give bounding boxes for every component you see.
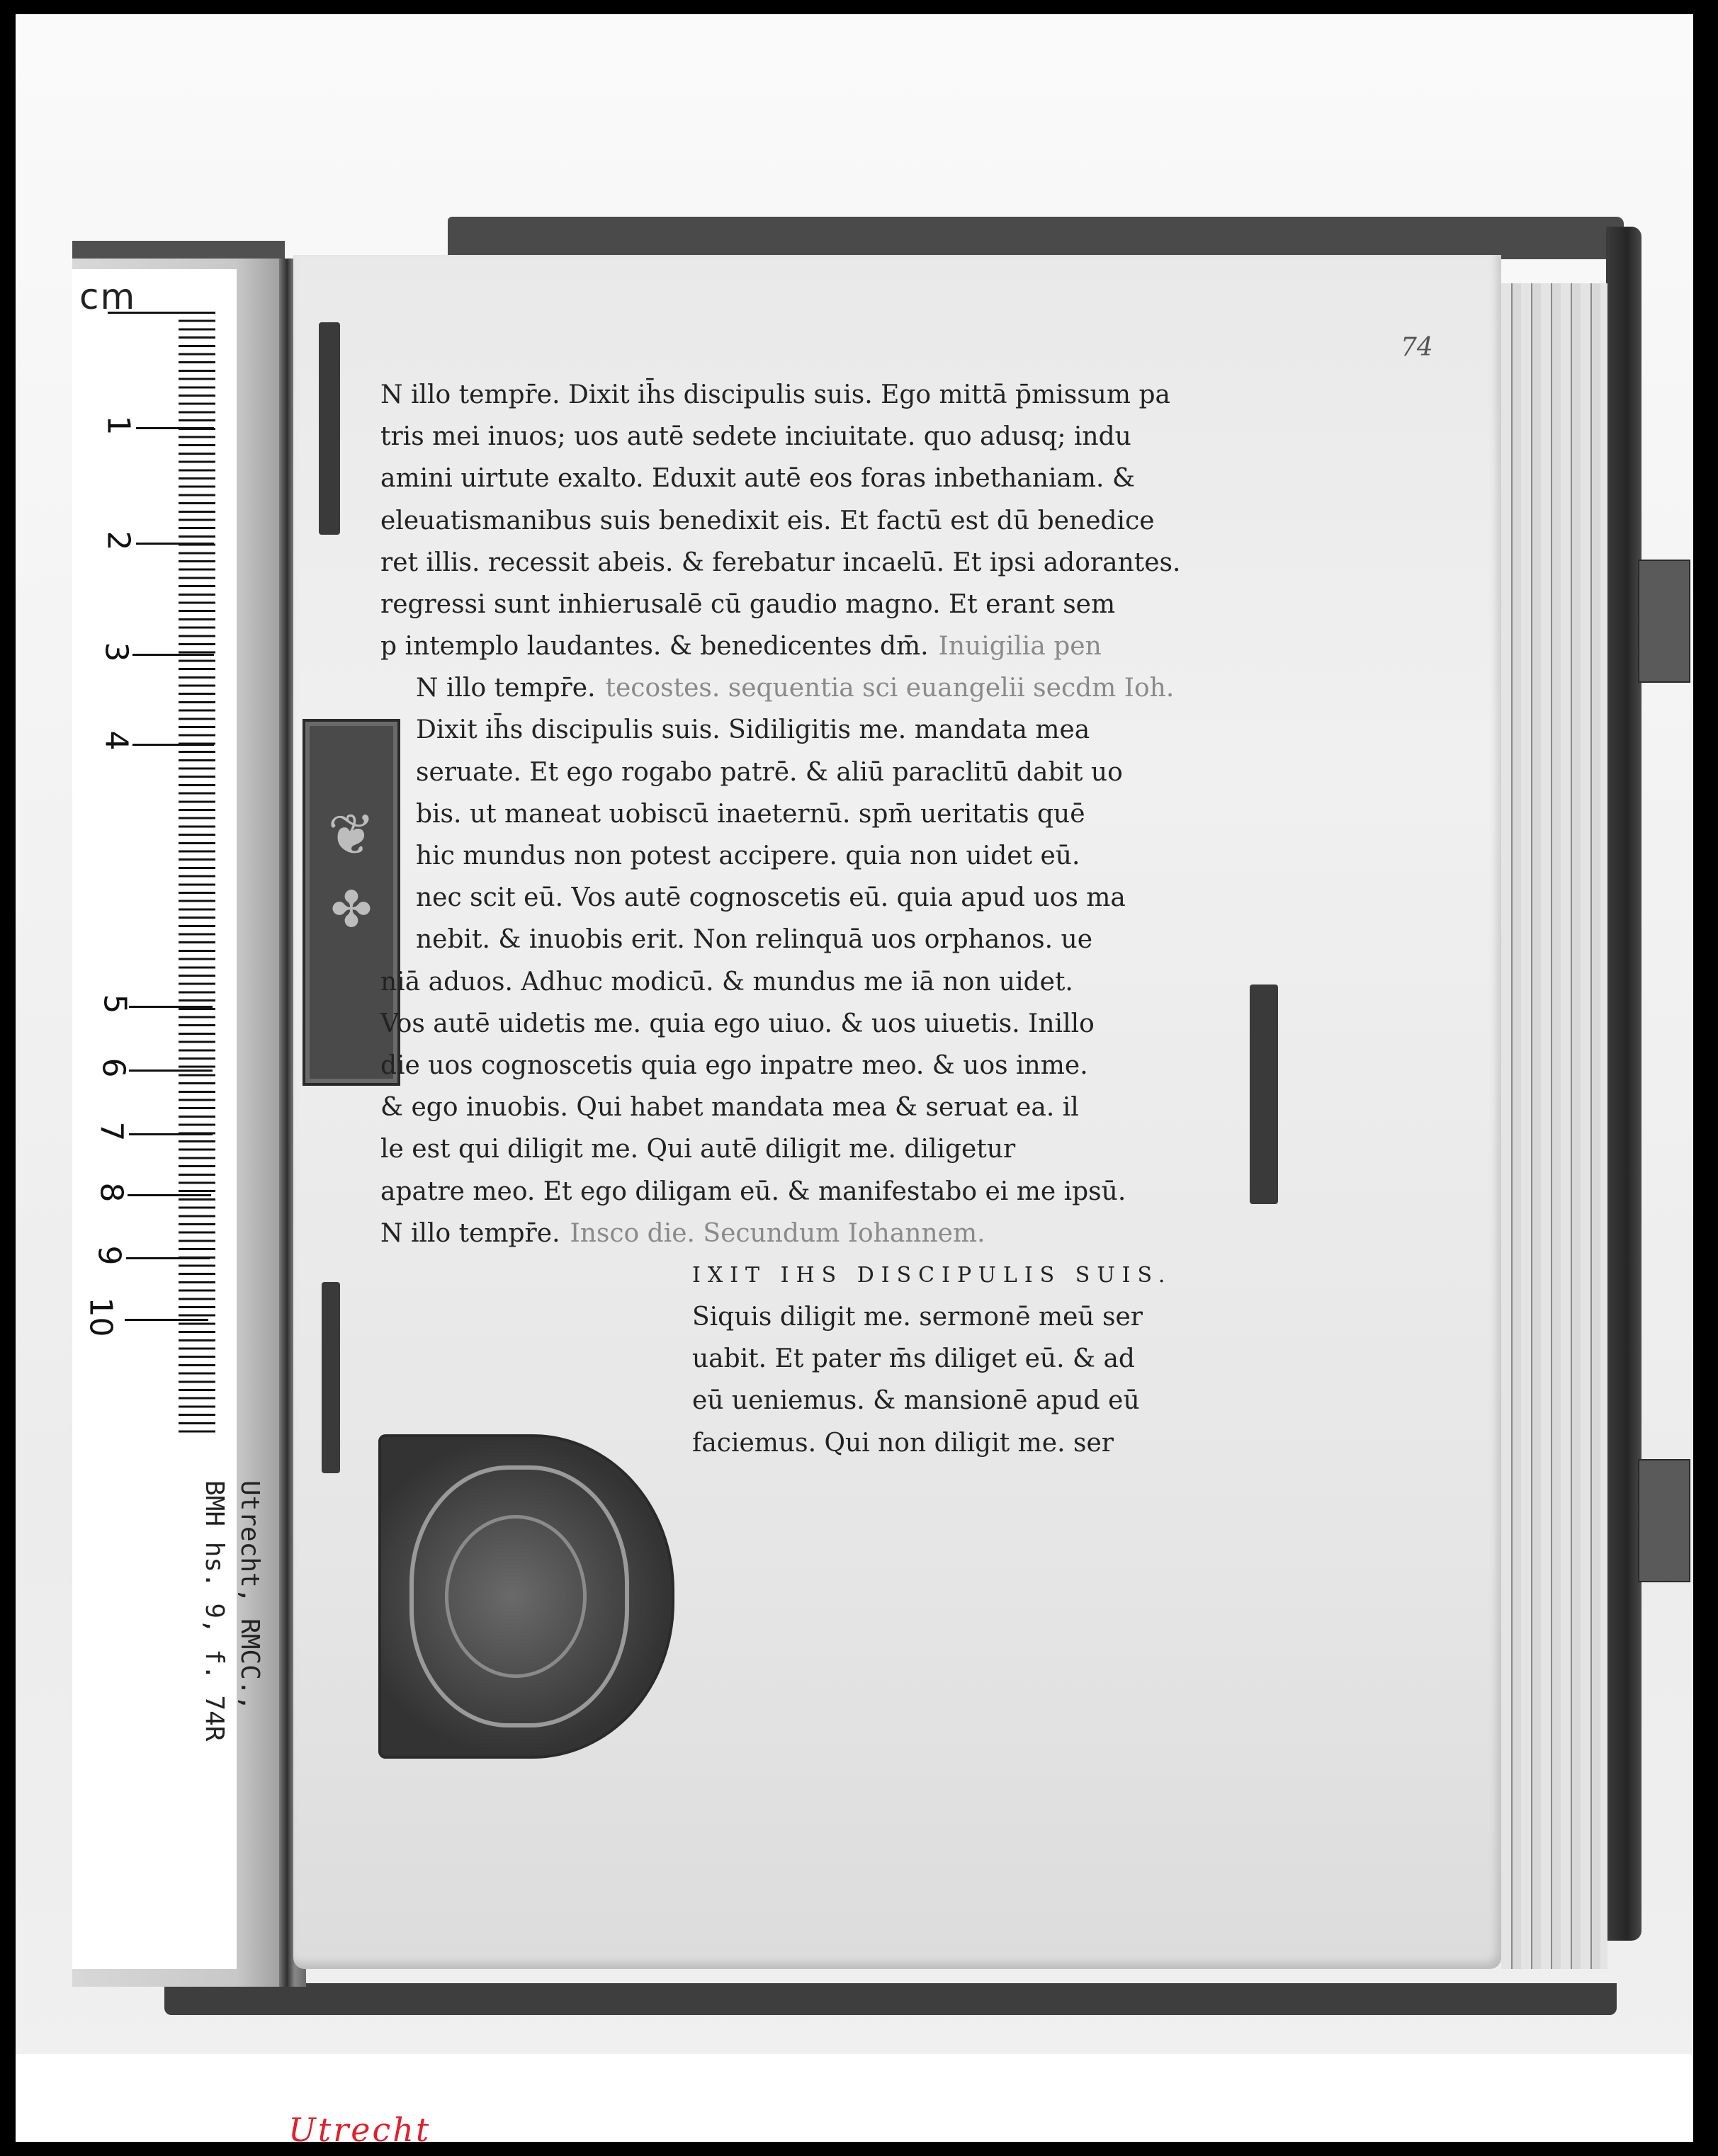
initial-d-interlace <box>378 1434 674 1759</box>
ruler-label: 3 <box>98 631 135 674</box>
text-line: uabit. Et pater m̄s diliget eū. & ad <box>380 1338 1262 1380</box>
text-line: eū ueniemus. & mansionē apud eū <box>380 1380 1262 1422</box>
photograph-frame: 74 ❦ ✤ N illo tempr̄e. Dixit ih̄s discip… <box>16 14 1693 2142</box>
initial-i-plain-1 <box>319 322 340 535</box>
utrecht-stamp: Utrecht <box>288 2111 431 2142</box>
text-line: faciemus. Qui non diligit me. ser <box>380 1422 1262 1464</box>
text-line: seruate. Et ego rogabo patrē. & aliū par… <box>380 751 1262 793</box>
page-edges <box>1501 283 1607 1969</box>
text-line: nec scit eū. Vos autē cognoscetis eū. qu… <box>380 877 1262 919</box>
ruler-zero-line <box>108 312 186 314</box>
rubric: Inuigilia pen <box>939 625 1102 667</box>
text-line: die uos cognoscetis quia ego inpatre meo… <box>380 1045 1262 1086</box>
ruler-label: 1 <box>101 404 137 447</box>
text-line: tris mei inuos; uos autē sedete inciuita… <box>380 416 1262 458</box>
text-line: bis. ut maneat uobiscū inaeternū. spm̄ u… <box>380 793 1262 835</box>
text-line: p intemplo laudantes. & benedicentes dm̄… <box>380 625 1262 667</box>
text-line: Dixit ih̄s discipulis suis. Sidiligitis … <box>380 710 1262 751</box>
ruler-tick-3 <box>132 654 214 656</box>
text-line: regressi sunt inhierusalē cū gaudio magn… <box>380 584 1262 625</box>
ruler-label: 7 <box>94 1111 130 1153</box>
text-line: hic mundus non potest accipere. quia non… <box>380 835 1262 877</box>
text-line: apatre meo. Et ego diligam eū. & manifes… <box>380 1171 1262 1213</box>
book-cover-left-edge <box>72 241 285 261</box>
text-line: nebit. & inuobis erit. Non relinquā uos … <box>380 919 1262 960</box>
text-line: Siquis diligit me. sermonē meū ser <box>380 1296 1262 1338</box>
text-line: & ego inuobis. Qui habet mandata mea & s… <box>380 1086 1262 1128</box>
ruler-label: 4 <box>98 720 135 762</box>
ruler-tick-4 <box>132 744 214 746</box>
bottom-margin <box>16 2054 1693 2142</box>
book-gutter <box>279 259 295 1987</box>
interlace-inner-loop <box>445 1515 587 1678</box>
ruler-tick-5 <box>129 1006 213 1008</box>
ruler-label: 8 <box>94 1171 130 1214</box>
text-line: Vos autē uidetis me. quia ego uiuo. & uo… <box>380 1003 1262 1045</box>
text-line: ret illis. recessit abeis. & ferebatur i… <box>380 542 1262 584</box>
catalogue-label: Utrecht, RMCC., BMH hs. 9, f. 74R <box>196 1480 267 1741</box>
book-cover-right <box>1606 227 1641 1941</box>
ruler-tick-1 <box>136 427 214 429</box>
clasp-upper <box>1638 560 1690 683</box>
ruler-tick-6 <box>129 1070 213 1072</box>
ruler-tick-10 <box>125 1319 208 1321</box>
clasp-lower <box>1638 1459 1690 1582</box>
ruler-label: 9 <box>91 1235 128 1277</box>
fleuron-ornament-icon: ❦ <box>327 807 375 863</box>
text-line-capitals: IXIT IHS DISCIPULIS SUIS. <box>380 1254 1262 1296</box>
ruler-label: 6 <box>96 1047 132 1089</box>
book-cover-bottom <box>164 1983 1617 2015</box>
text-line: amini uirtute exalto. Eduxit autē eos fo… <box>380 458 1262 499</box>
ruler-label: 10 <box>83 1296 119 1339</box>
ruler-tick-9 <box>126 1257 210 1259</box>
text-line: eleuatismanibus suis benedixit eis. Et f… <box>380 500 1262 542</box>
ruler-label: 2 <box>101 520 137 562</box>
text-line: le est qui diligit me. Qui autē diligit … <box>380 1128 1262 1170</box>
manuscript-text: N illo tempr̄e. Dixit ih̄s discipulis su… <box>380 374 1262 1464</box>
book-cover-top <box>448 217 1624 259</box>
ruler-tick-2 <box>136 543 214 545</box>
text-line: niā aduos. Adhuc modicū. & mundus me iā … <box>380 961 1262 1003</box>
ruler-minor-ticks <box>179 312 215 1438</box>
ruler-tick-8 <box>128 1194 211 1196</box>
folio-number: 74 <box>1401 333 1433 362</box>
text-line: N illo tempr̄e. Dixit ih̄s discipulis su… <box>380 374 1262 416</box>
ruler-tick-7 <box>129 1133 213 1135</box>
rubric: tecostes. sequentia sci euangelii secdm … <box>606 667 1175 709</box>
ruler-label: 5 <box>97 983 133 1026</box>
text-line: N illo tempr̄e.tecostes. sequentia sci e… <box>380 667 1262 709</box>
rubric: Insco die. Secundum Iohannem. <box>570 1213 985 1254</box>
initial-i-plain-2 <box>322 1282 340 1473</box>
text-line: N illo tempr̄e.Insco die. Secundum Iohan… <box>380 1213 1262 1254</box>
quatrefoil-ornament-icon: ✤ <box>331 885 373 934</box>
